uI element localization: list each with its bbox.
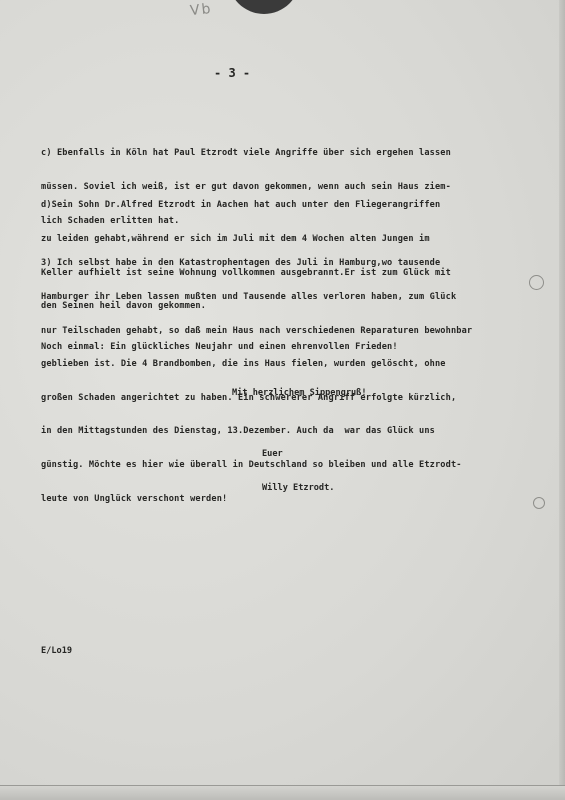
page-edge-bottom — [0, 785, 565, 800]
punch-circle-mark — [533, 497, 545, 509]
page-number: - 3 - — [214, 66, 250, 80]
sign-off: Euer — [232, 449, 367, 460]
signature: Willy Etzrodt. — [232, 483, 367, 494]
new-year-wish: Noch einmal: Ein glückliches Neujahr und… — [41, 342, 398, 353]
text-line: d)Sein Sohn Dr.Alfred Etzrodt in Aachen … — [41, 200, 451, 211]
reference-code: E/Lo19 — [41, 646, 72, 656]
text-line: c) Ebenfalls in Köln hat Paul Etzrodt vi… — [41, 148, 451, 159]
text-line: nur Teilschaden gehabt, so daß mein Haus… — [41, 326, 472, 337]
salutation: Mit herzlichem Sippengruß! — [232, 388, 367, 399]
handwritten-mark: Vb — [189, 1, 213, 19]
text-line: 3) Ich selbst habe in den Katastrophenta… — [41, 258, 472, 269]
closing-block: Mit herzlichem Sippengruß! Euer Willy Et… — [232, 366, 367, 517]
punch-circle-mark — [529, 275, 544, 290]
punch-hole — [228, 0, 300, 14]
document-page: Vb - 3 - c) Ebenfalls in Köln hat Paul E… — [0, 0, 565, 800]
text-line: Hamburger ihr Leben lassen mußten und Ta… — [41, 292, 472, 303]
page-edge-right — [559, 0, 565, 800]
